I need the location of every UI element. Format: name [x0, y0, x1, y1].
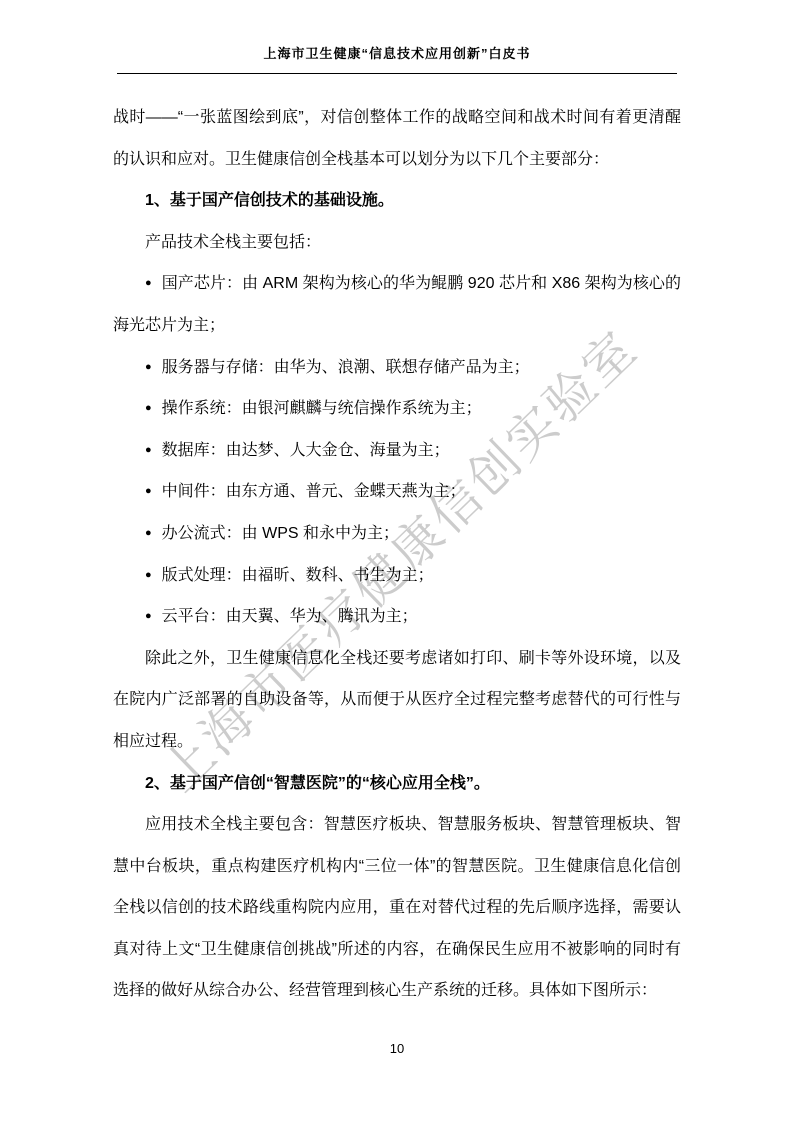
section1-lead: 产品技术全栈主要包括：: [113, 222, 681, 264]
page-header: 上海市卫生健康“信息技术应用创新”白皮书: [117, 46, 677, 74]
bullet-icon: ●: [145, 277, 152, 289]
intro-paragraph: 战时——“一张蓝图绘到底”，对信创整体工作的战略空间和战术时间有着更清醒的认识和…: [113, 97, 681, 180]
bullet-text: 操作系统：由银河麒麟与统信操作系统为主；: [162, 400, 482, 417]
section2-paragraph: 应用技术全栈主要包含：智慧医疗板块、智慧服务板块、智慧管理板块、智慧中台板块，重…: [113, 804, 681, 1012]
bullet-item: ●版式处理：由福昕、数科、书生为主；: [113, 555, 681, 597]
document-content: 战时——“一张蓝图绘到底”，对信创整体工作的战略空间和战术时间有着更清醒的认识和…: [113, 97, 681, 1012]
bullet-icon: ●: [145, 610, 152, 622]
bullet-icon: ●: [145, 444, 152, 456]
bullet-item: ●数据库：由达梦、人大金仓、海量为主；: [113, 430, 681, 472]
bullet-text: 云平台：由天翼、华为、腾讯为主；: [162, 608, 418, 625]
bullet-text: 版式处理：由福昕、数科、书生为主；: [162, 567, 434, 584]
section1-heading: 1、基于国产信创技术的基础设施。: [113, 180, 681, 222]
page-number: 10: [390, 1041, 404, 1056]
bullet-text: 服务器与存储：由华为、浪潮、联想存储产品为主；: [162, 359, 530, 376]
header-title: 上海市卫生健康“信息技术应用创新”白皮书: [117, 46, 677, 62]
bullet-icon: ●: [145, 402, 152, 414]
bullet-text: 数据库：由达梦、人大金仓、海量为主；: [162, 442, 450, 459]
bullet-item: ●服务器与存储：由华为、浪潮、联想存储产品为主；: [113, 347, 681, 389]
bullet-item: ●操作系统：由银河麒麟与统信操作系统为主；: [113, 388, 681, 430]
bullet-list: ●国产芯片：由 ARM 架构为核心的华为鲲鹏 920 芯片和 X86 架构为核心…: [113, 263, 681, 637]
bullet-icon: ●: [145, 361, 152, 373]
bullet-icon: ●: [145, 569, 152, 581]
bullet-item: ●中间件：由东方通、普元、金蝶天燕为主；: [113, 471, 681, 513]
bullet-icon: ●: [145, 527, 152, 539]
bullet-item: ●办公流式：由 WPS 和永中为主；: [113, 513, 681, 555]
document-page: 上海市医疗健康信创实验室 上海市卫生健康“信息技术应用创新”白皮书 战时——“一…: [0, 0, 794, 1123]
bullet-item: ●云平台：由天翼、华为、腾讯为主；: [113, 596, 681, 638]
page-footer: 10: [0, 1041, 794, 1056]
bullet-item: ●国产芯片：由 ARM 架构为核心的华为鲲鹏 920 芯片和 X86 架构为核心…: [113, 263, 681, 346]
bullet-text: 中间件：由东方通、普元、金蝶天燕为主；: [162, 483, 466, 500]
bullet-text: 国产芯片：由 ARM 架构为核心的华为鲲鹏 920 芯片和 X86 架构为核心的…: [113, 275, 681, 334]
section2-heading: 2、基于国产信创“智慧医院”的“核心应用全栈”。: [113, 763, 681, 805]
section1-closing-paragraph: 除此之外，卫生健康信息化全栈还要考虑诸如打印、刷卡等外设环境，以及在院内广泛部署…: [113, 638, 681, 763]
bullet-icon: ●: [145, 485, 152, 497]
bullet-text: 办公流式：由 WPS 和永中为主；: [162, 525, 399, 542]
